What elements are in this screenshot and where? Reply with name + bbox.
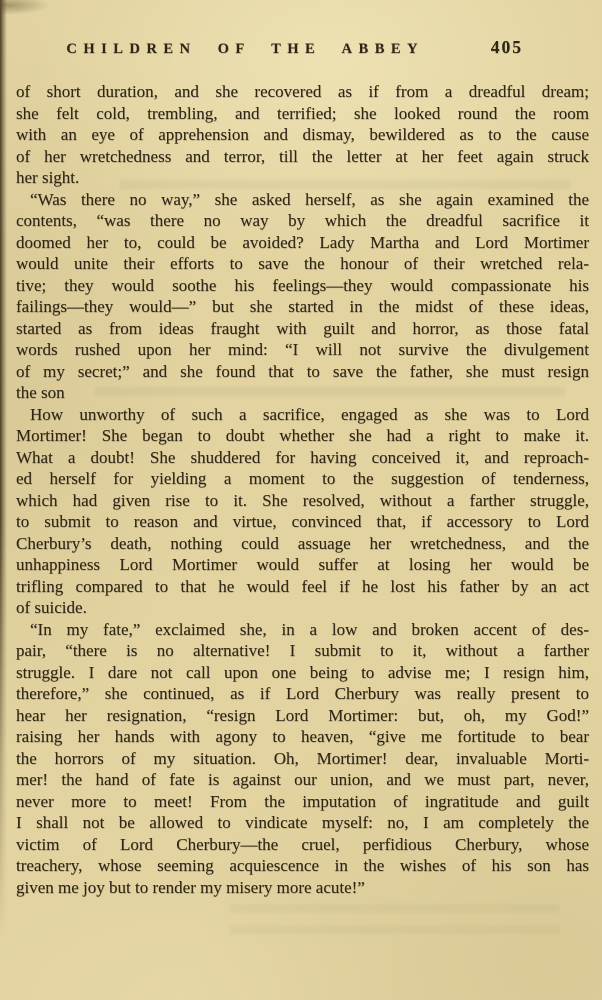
page-gutter-shadow (0, 0, 7, 1000)
text-line: to submit to reason and virtue, convince… (16, 511, 589, 533)
text-line: unhappiness Lord Mortimer would suffer a… (16, 554, 589, 576)
paragraph: “In my fate,” exclaimed she, in a low an… (16, 619, 589, 899)
text-line: tive; they would soothe his feelings—the… (16, 275, 589, 297)
text-line: would unite their efforts to save the ho… (16, 253, 589, 275)
page-number: 405 (491, 37, 523, 58)
text-line: the son (16, 382, 589, 404)
text-line: she felt cold, trembling, and terrified;… (16, 103, 589, 125)
text-line: mer! the hand of fate is against our uni… (16, 769, 589, 791)
text-line: How unworthy of such a sacrifice, engage… (16, 404, 589, 426)
text-line: Cherbury’s death, nothing could assuage … (16, 533, 589, 555)
text-line: struggle. I dare not call upon one being… (16, 662, 589, 684)
text-line: of suicide. (16, 597, 589, 619)
text-line: I shall not be allowed to vindicate myse… (16, 812, 589, 834)
text-line: trifling compared to that he would feel … (16, 576, 589, 598)
text-line: her sight. (16, 167, 589, 189)
text-line: treachery, whose seeming acquiescence in… (16, 855, 589, 877)
text-line: victim of Lord Cherbury—the cruel, perfi… (16, 834, 589, 856)
text-line: pair, “there is no alternative! I submit… (16, 640, 589, 662)
show-through-smudge (230, 900, 560, 942)
text-line: never more to meet! From the imputation … (16, 791, 589, 813)
running-title: CHILDREN OF THE ABBEY (66, 41, 424, 58)
paragraph: “Was there no way,” she asked herself, a… (16, 189, 589, 404)
corner-smudge (0, 0, 90, 26)
page-body: of short duration, and she recovered as … (16, 81, 589, 898)
text-line: started as from ideas fraught with guilt… (16, 318, 589, 340)
paragraph: How unworthy of such a sacrifice, engage… (16, 404, 589, 619)
text-line: “Was there no way,” she asked herself, a… (16, 189, 589, 211)
text-line: What a doubt! She shuddered for having c… (16, 447, 589, 469)
text-line: of short duration, and she recovered as … (16, 81, 589, 103)
text-line: which had given rise to it. She resolved… (16, 490, 589, 512)
text-line: Mortimer! She began to doubt whether she… (16, 425, 589, 447)
text-line: of my secret;” and she found that to sav… (16, 361, 589, 383)
text-line: given me joy but to render my misery mor… (16, 877, 589, 899)
paragraph: of short duration, and she recovered as … (16, 81, 589, 189)
page-header: CHILDREN OF THE ABBEY 405 (16, 40, 589, 60)
text-line: doomed her to, could be avoided? Lady Ma… (16, 232, 589, 254)
text-line: therefore,” she continued, as if Lord Ch… (16, 683, 589, 705)
text-line: the horrors of my situation. Oh, Mortime… (16, 748, 589, 770)
text-line: contents, “was there no way by which the… (16, 210, 589, 232)
text-line: hear her resignation, “resign Lord Morti… (16, 705, 589, 727)
text-line: with an eye of apprehension and dismay, … (16, 124, 589, 146)
text-line: words rushed upon her mind: “I will not … (16, 339, 589, 361)
book-page-scan: CHILDREN OF THE ABBEY 405 of short durat… (0, 0, 602, 1000)
text-line: failings—they would—” but she started in… (16, 296, 589, 318)
text-line: ed herself for yielding a moment to the … (16, 468, 589, 490)
text-line: of her wretchedness and terror, till the… (16, 146, 589, 168)
text-line: raising her hands with agony to heaven, … (16, 726, 589, 748)
text-line: “In my fate,” exclaimed she, in a low an… (16, 619, 589, 641)
